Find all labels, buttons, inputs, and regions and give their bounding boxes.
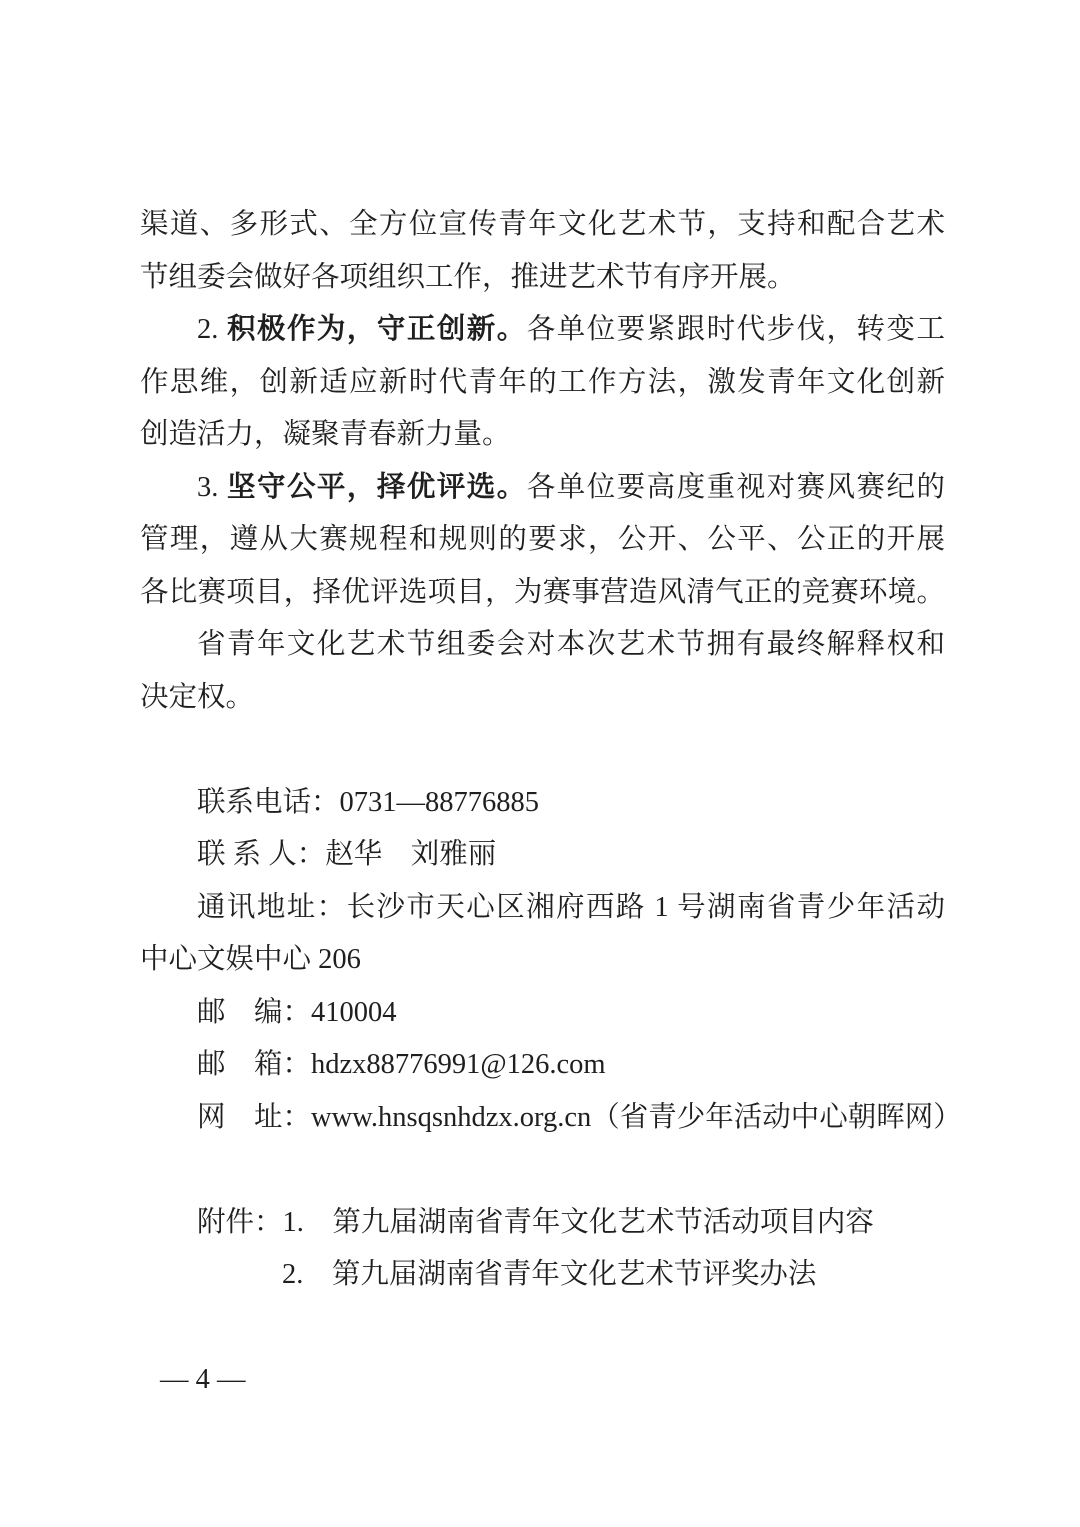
- contact-phone-line: 联系电话：0731—88776885: [140, 777, 945, 830]
- text-segment: 3.: [197, 472, 227, 503]
- text-segment: 各比赛项目，择优评选项目，为赛事营造风清气正的竞赛环境。: [140, 577, 945, 608]
- attachments-line-2: 2. 第九届湖南省青年文化艺术节评奖办法: [140, 1249, 945, 1302]
- blank-line: [140, 1144, 945, 1197]
- postcode-line: 邮 编：410004: [140, 987, 945, 1040]
- bold-heading-segment: 积极作为，守正创新。: [227, 314, 527, 345]
- text-segment: 网 址：www.hnsqsnhdzx.org.cn（省青少年活动中心朝晖网）: [197, 1102, 962, 1133]
- text-segment: 各单位要高度重视对赛风赛纪的: [527, 472, 945, 503]
- text-segment: 省青年文化艺术节组委会对本次艺术节拥有最终解释权和: [197, 629, 945, 660]
- document-page: { "page": { "background": "#ffffff", "te…: [0, 0, 1080, 1527]
- text-segment: 中心文娱中心 206: [140, 944, 361, 975]
- para2-line2: 作思维，创新适应新时代青年的工作方法，激发青年文化创新: [140, 357, 945, 410]
- para3-line3: 各比赛项目，择优评选项目，为赛事营造风清气正的竞赛环境。: [140, 567, 945, 620]
- blank-line: [140, 724, 945, 777]
- para2-line3: 创造活力，凝聚青春新力量。: [140, 409, 945, 462]
- text-segment: 通讯地址：长沙市天心区湘府西路 1 号湖南省青少年活动: [197, 892, 945, 923]
- text-segment: 各单位要紧跟时代步伐，转变工: [527, 314, 945, 345]
- text-segment: 创造活力，凝聚青春新力量。: [140, 419, 511, 450]
- text-segment: 渠道、多形式、全方位宣传青年文化艺术节，支持和配合艺术: [140, 209, 945, 240]
- para1-line1: 渠道、多形式、全方位宣传青年文化艺术节，支持和配合艺术: [140, 199, 945, 252]
- text-segment: — 4 —: [160, 1364, 246, 1395]
- text-segment: 邮 箱：hdzx88776991@126.com: [197, 1049, 606, 1080]
- para4-line1: 省青年文化艺术节组委会对本次艺术节拥有最终解释权和: [140, 619, 945, 672]
- text-segment: 联 系 人：赵华 刘雅丽: [197, 839, 496, 870]
- para1-line2: 节组委会做好各项组织工作，推进艺术节有序开展。: [140, 252, 945, 305]
- email-line: 邮 箱：hdzx88776991@126.com: [140, 1039, 945, 1092]
- para4-line2: 决定权。: [140, 672, 945, 725]
- page-number: — 4 —: [140, 1354, 945, 1407]
- para3-line1: 3. 坚守公平，择优评选。各单位要高度重视对赛风赛纪的: [140, 462, 945, 515]
- website-line: 网 址：www.hnsqsnhdzx.org.cn（省青少年活动中心朝晖网）: [140, 1092, 945, 1145]
- text-segment: 管理，遵从大赛规程和规则的要求，公开、公平、公正的开展: [140, 524, 945, 555]
- para3-line2: 管理，遵从大赛规程和规则的要求，公开、公平、公正的开展: [140, 514, 945, 567]
- address-line-1: 通讯地址：长沙市天心区湘府西路 1 号湖南省青少年活动: [140, 882, 945, 935]
- address-line-2: 中心文娱中心 206: [140, 934, 945, 987]
- text-segment: 节组委会做好各项组织工作，推进艺术节有序开展。: [140, 262, 796, 293]
- attachments-line-1: 附件：1. 第九届湖南省青年文化艺术节活动项目内容: [140, 1197, 945, 1250]
- document-body: 渠道、多形式、全方位宣传青年文化艺术节，支持和配合艺术节组委会做好各项组织工作，…: [0, 199, 1080, 1407]
- text-segment: 附件：1. 第九届湖南省青年文化艺术节活动项目内容: [197, 1207, 874, 1238]
- bold-heading-segment: 坚守公平，择优评选。: [227, 472, 527, 503]
- text-segment: 2.: [197, 314, 227, 345]
- text-segment: 作思维，创新适应新时代青年的工作方法，激发青年文化创新: [140, 367, 945, 398]
- text-segment: 决定权。: [140, 682, 254, 713]
- contact-person-line: 联 系 人：赵华 刘雅丽: [140, 829, 945, 882]
- para2-line1: 2. 积极作为，守正创新。各单位要紧跟时代步伐，转变工: [140, 304, 945, 357]
- text-segment: 邮 编：410004: [197, 997, 397, 1028]
- blank-line: [140, 1302, 945, 1355]
- text-segment: 联系电话：0731—88776885: [197, 787, 539, 818]
- text-segment: 2. 第九届湖南省青年文化艺术节评奖办法: [282, 1259, 816, 1290]
